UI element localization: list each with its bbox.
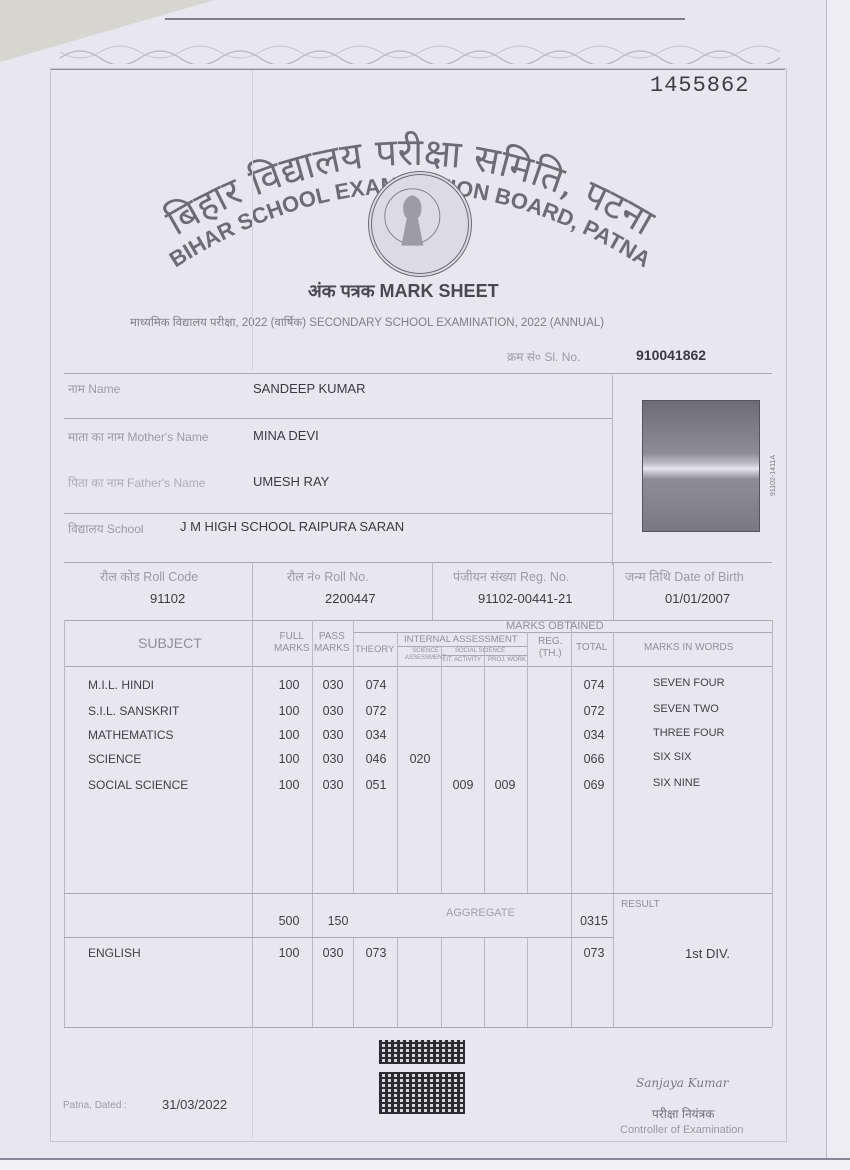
marks-theory: 051	[356, 778, 396, 792]
reg-no-label: पंजीयन संख्या Reg. No.	[453, 568, 569, 585]
rule	[432, 562, 433, 620]
father-name-label: पिता का नाम Father's Name	[68, 474, 205, 491]
student-name: SANDEEP KUMAR	[253, 381, 365, 396]
rule	[64, 513, 612, 514]
social-science-header: SOCIAL SCIENCE	[455, 648, 505, 654]
table-column-rule	[484, 646, 485, 893]
table-column-rule	[527, 937, 528, 1027]
subject-name: SCIENCE	[88, 752, 141, 766]
exam-line: माध्यमिक विद्यालय परीक्षा, 2022 (वार्षिक…	[130, 315, 604, 330]
table-column-rule	[527, 632, 528, 893]
rule	[353, 632, 772, 633]
marks-in-words: SIX SIX	[653, 751, 692, 763]
school-label: विद्यालय School	[68, 520, 144, 537]
marks-in-words: SEVEN TWO	[653, 703, 719, 715]
rule	[64, 893, 772, 894]
additional-theory: 073	[356, 946, 396, 960]
aggregate-full-marks: 500	[269, 914, 309, 928]
rule	[613, 562, 614, 620]
marks-sci-assess: 020	[400, 752, 440, 766]
rule	[64, 666, 772, 667]
rule	[64, 373, 772, 374]
place-dated-label: Patna, Dated :	[63, 1100, 127, 1111]
table-column-rule	[441, 646, 442, 893]
scan-edge-right	[826, 0, 850, 1170]
full-marks-header: FULLMARKS	[274, 631, 310, 655]
marks-theory: 072	[356, 704, 396, 718]
rule	[64, 418, 612, 419]
board-seal-emblem	[368, 171, 472, 277]
roll-code: 91102	[150, 591, 185, 606]
result-division: 1st DIV.	[685, 946, 730, 961]
marks-total: 034	[574, 728, 614, 742]
marks-pass: 030	[313, 704, 353, 718]
table-column-rule	[252, 620, 253, 1027]
marks-total: 074	[574, 678, 614, 692]
marks-pass: 030	[313, 778, 353, 792]
guide-line	[252, 1027, 253, 1139]
aggregate-total: 0315	[574, 914, 614, 928]
mother-name: MINA DEVI	[253, 428, 319, 443]
subject-name: S.I.L. SANSKRIT	[88, 704, 179, 718]
name-label: नाम Name	[68, 380, 120, 397]
subject-header: SUBJECT	[138, 635, 202, 651]
table-column-rule	[571, 620, 572, 1027]
table-column-rule	[64, 620, 65, 1027]
lit-activity-header: LIT. ACTIVITY	[443, 657, 481, 663]
controller-signature: Sanjaya Kumar	[636, 1076, 728, 1090]
marks-total: 069	[574, 778, 614, 792]
marks-pass: 030	[313, 752, 353, 766]
roll-code-label: रौल कोड Roll Code	[100, 568, 198, 585]
roll-no: 2200447	[325, 591, 376, 606]
reg-no: 91102-00441-21	[478, 591, 572, 606]
sl-no-value: 910041862	[636, 347, 706, 363]
rule	[612, 375, 613, 565]
rule	[397, 646, 527, 647]
marks-lit: 009	[443, 778, 483, 792]
additional-subject: ENGLISH	[88, 946, 141, 960]
school-name: J M HIGH SCHOOL RAIPURA SARAN	[180, 519, 404, 534]
rule	[252, 562, 253, 620]
total-header: TOTAL	[576, 642, 607, 653]
aggregate-label: AGGREGATE	[446, 907, 515, 919]
controller-title-hindi: परीक्षा नियंत्रक	[652, 1105, 714, 1122]
marks-total: 072	[574, 704, 614, 718]
additional-pass: 030	[313, 946, 353, 960]
aggregate-pass-marks: 150	[318, 914, 358, 928]
reg-th-header: REG.(TH.)	[538, 636, 562, 660]
rule	[64, 1027, 772, 1028]
marks-pass: 030	[313, 728, 353, 742]
student-photo	[642, 400, 760, 532]
marks-pass: 030	[313, 678, 353, 692]
marks-in-words: THREE FOUR	[653, 727, 725, 739]
rule	[64, 620, 772, 621]
decorative-wave-border	[60, 40, 780, 64]
theory-header: THEORY	[355, 644, 394, 655]
top-rule	[165, 18, 685, 20]
pass-marks-header: PASSMARKS	[314, 631, 350, 655]
table-column-rule	[397, 937, 398, 1027]
table-column-rule	[772, 620, 773, 1027]
science-assessment-header: SCIENCEASSESSMENT	[405, 648, 446, 662]
dob-label: जन्म तिथि Date of Birth	[625, 568, 744, 585]
marks-theory: 074	[356, 678, 396, 692]
marks-full: 100	[269, 778, 309, 792]
marks-total: 066	[574, 752, 614, 766]
sl-no-label: क्रम सं० Sl. No.	[507, 348, 580, 365]
scan-edge-bottom	[0, 1158, 850, 1170]
marks-full: 100	[269, 678, 309, 692]
result-label: RESULT	[621, 899, 660, 910]
date-of-birth: 01/01/2007	[665, 591, 730, 606]
mother-name-label: माता का नाम Mother's Name	[68, 428, 209, 445]
qr-code-bottom	[379, 1072, 465, 1114]
marks-obtained-header: MARKS OBTAINED	[506, 620, 604, 632]
table-column-rule	[353, 937, 354, 1027]
proj-work-header: PROJ. WORK	[488, 657, 526, 663]
rule	[64, 937, 614, 938]
additional-total: 073	[574, 946, 614, 960]
father-name: UMESH RAY	[253, 474, 329, 489]
marks-theory: 046	[356, 752, 396, 766]
subject-name: SOCIAL SCIENCE	[88, 778, 188, 792]
marks-in-words-header: MARKS IN WORDS	[644, 642, 733, 653]
guide-line	[252, 70, 253, 370]
marks-proj: 009	[485, 778, 525, 792]
photo-code: 91102-1411A	[770, 455, 777, 496]
marks-in-words: SEVEN FOUR	[653, 677, 725, 689]
additional-full: 100	[269, 946, 309, 960]
table-column-rule	[484, 937, 485, 1027]
marks-full: 100	[269, 752, 309, 766]
marks-full: 100	[269, 728, 309, 742]
marks-full: 100	[269, 704, 309, 718]
subject-name: M.I.L. HINDI	[88, 678, 154, 692]
table-column-rule	[353, 620, 354, 893]
issue-date: 31/03/2022	[162, 1097, 227, 1112]
subject-name: MATHEMATICS	[88, 728, 174, 742]
marks-in-words: SIX NINE	[653, 777, 700, 789]
qr-code-top	[379, 1040, 465, 1064]
table-column-rule	[441, 937, 442, 1027]
marks-theory: 034	[356, 728, 396, 742]
table-column-rule	[397, 632, 398, 893]
rule	[64, 562, 772, 563]
roll-no-label: रौल नं० Roll No.	[287, 568, 369, 585]
controller-title-english: Controller of Examination	[620, 1124, 744, 1136]
internal-assessment-header: INTERNAL ASSESSMENT	[404, 634, 518, 645]
marksheet-title: अंक पत्रक MARK SHEET	[308, 279, 499, 303]
